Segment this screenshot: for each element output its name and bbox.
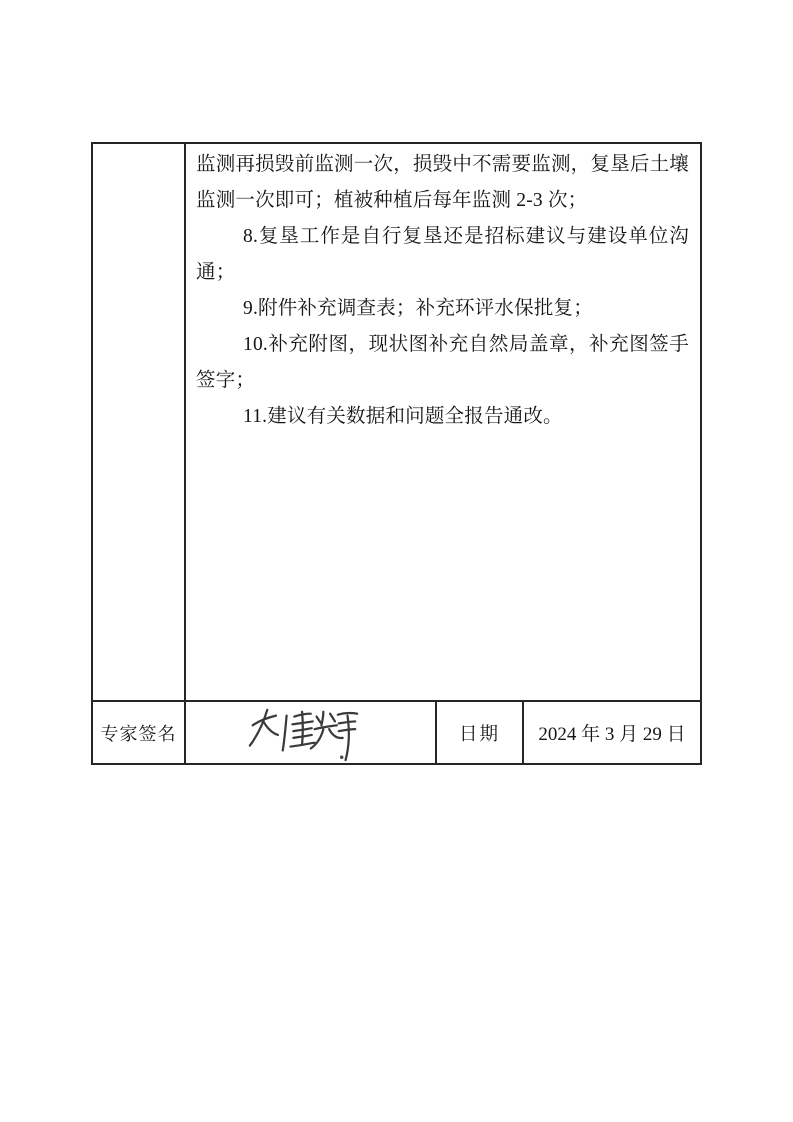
signature-cell [186,702,437,763]
review-table: 监测再损毁前监测一次，损毁中不需要监测，复垦后土壤监测一次即可；植被种植后每年监… [91,142,702,765]
comment-paragraph: 9.附件补充调查表；补充环评水保批复； [196,291,689,327]
date-label-cell: 日期 [437,702,524,763]
ink-dot [339,755,342,758]
comment-paragraph: 8.复垦工作是自行复垦还是招标建议与建设单位沟通； [196,219,689,291]
date-value: 2024 年 3 月 29 日 [538,719,685,746]
comment-paragraph: 10.补充附图，现状图补充自然局盖章，补充图签手签字； [196,327,689,399]
review-comments-cell: 监测再损毁前监测一次，损毁中不需要监测，复垦后土壤监测一次即可；植被种植后每年监… [186,144,700,700]
expert-signature-label: 专家签名 [101,720,177,746]
signature-row: 专家签名 [93,702,700,763]
comment-paragraph: 监测再损毁前监测一次，损毁中不需要监测，复垦后土壤监测一次即可；植被种植后每年监… [196,147,689,219]
review-comments-row: 监测再损毁前监测一次，损毁中不需要监测，复垦后土壤监测一次即可；植被种植后每年监… [93,144,700,702]
date-value-cell: 2024 年 3 月 29 日 [524,702,700,763]
table-left-column-cell [93,144,186,700]
document-page: 监测再损毁前监测一次，损毁中不需要监测，复垦后土壤监测一次即可；植被种植后每年监… [0,0,793,1122]
comment-paragraph: 11.建议有关数据和问题全报告通改。 [196,399,689,435]
expert-signature-label-cell: 专家签名 [93,702,186,763]
date-label: 日期 [459,720,500,746]
handwritten-signature [245,705,363,763]
